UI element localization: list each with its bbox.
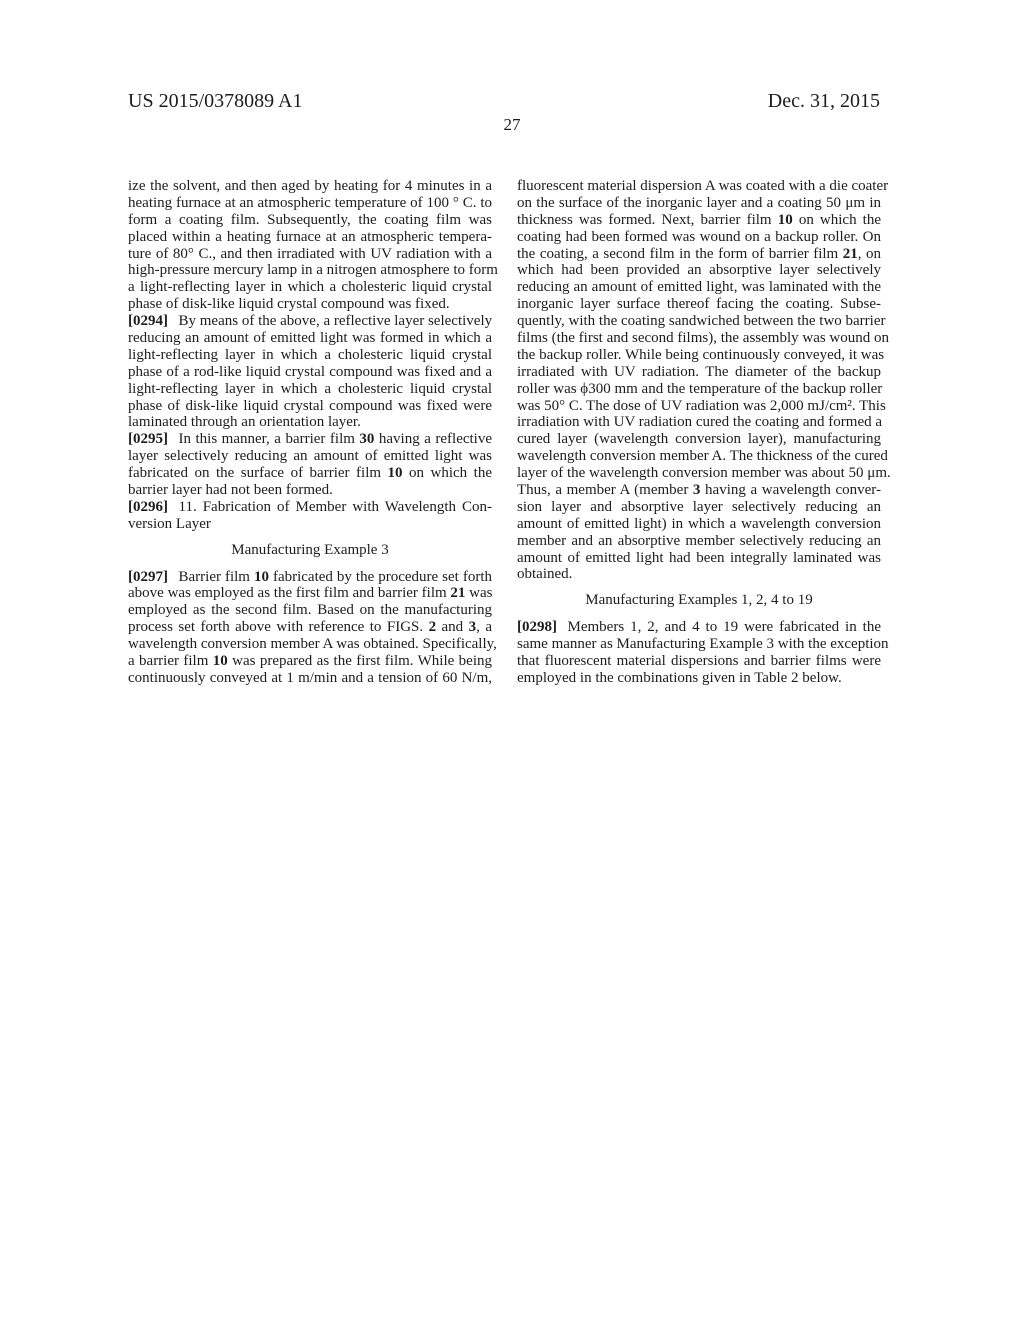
text-line: the backup roller. While being continuou… [517, 347, 881, 364]
text-line: phase of a rod-like liquid crystal compo… [128, 364, 492, 381]
text-line: sion layer and absorptive layer selectiv… [517, 499, 881, 516]
text-line: heating furnace at an atmospheric temper… [128, 195, 492, 212]
text-line: that fluorescent material dispersions an… [517, 653, 881, 670]
text-line: phase of disk-like liquid crystal compou… [128, 398, 492, 415]
patent-number: US 2015/0378089 A1 [128, 90, 302, 113]
patent-page: US 2015/0378089 A1 Dec. 31, 2015 27 ize … [0, 0, 1024, 1320]
text-line: wavelength conversion member A. The thic… [517, 448, 881, 465]
paragraph: [0295] In this manner, a barrier film 30… [128, 431, 492, 499]
text-line: was 50° C. The dose of UV radiation was … [517, 398, 881, 415]
text-line: ture of 80° C., and then irradiated with… [128, 246, 492, 263]
text-line: ize the solvent, and then aged by heatin… [128, 178, 492, 195]
text-line: placed within a heating furnace at an at… [128, 229, 492, 246]
page-number: 27 [0, 115, 1024, 135]
text-line: a barrier film 10 was prepared as the fi… [128, 653, 492, 670]
text-line: quently, with the coating sandwiched bet… [517, 313, 881, 330]
text-line: films (the first and second films), the … [517, 330, 881, 347]
text-line: Thus, a member A (member 3 having a wave… [517, 482, 881, 499]
text-line: above was employed as the first film and… [128, 585, 492, 602]
section-heading: Manufacturing Example 3 [128, 542, 492, 559]
text-line: irradiation with UV radiation cured the … [517, 414, 881, 431]
text-line: same manner as Manufacturing Example 3 w… [517, 636, 881, 653]
text-line: amount of emitted light had been integra… [517, 550, 881, 567]
text-line: layer selectively reducing an amount of … [128, 448, 492, 465]
text-line: high-pressure mercury lamp in a nitrogen… [128, 262, 492, 279]
text-line: fabricated on the surface of barrier fil… [128, 465, 492, 482]
text-line: light-reflecting layer in which a choles… [128, 347, 492, 364]
paragraph: [0294] By means of the above, a reflecti… [128, 313, 492, 431]
text-line: [0295] In this manner, a barrier film 30… [128, 431, 492, 448]
text-line: inorganic layer surface thereof facing t… [517, 296, 881, 313]
text-line: version Layer [128, 516, 492, 533]
text-line: [0298] Members 1, 2, and 4 to 19 were fa… [517, 619, 881, 636]
text-line: which had been provided an absorptive la… [517, 262, 881, 279]
text-line: light-reflecting layer in which a choles… [128, 381, 492, 398]
text-line: on the surface of the inorganic layer an… [517, 195, 881, 212]
paragraph: fluorescent material dispersion A was co… [517, 178, 881, 583]
text-line: reducing an amount of emitted light, was… [517, 279, 881, 296]
paragraph: ize the solvent, and then aged by heatin… [128, 178, 492, 313]
text-line: phase of disk-like liquid crystal compou… [128, 296, 492, 313]
text-line: fluorescent material dispersion A was co… [517, 178, 881, 195]
text-line: laminated through an orientation layer. [128, 414, 492, 431]
section-heading: Manufacturing Examples 1, 2, 4 to 19 [517, 592, 881, 609]
paragraph: [0298] Members 1, 2, and 4 to 19 were fa… [517, 619, 881, 687]
text-line: [0296] 11. Fabrication of Member with Wa… [128, 499, 492, 516]
text-line: layer of the wavelength conversion membe… [517, 465, 881, 482]
text-line: amount of emitted light) in which a wave… [517, 516, 881, 533]
text-columns: ize the solvent, and then aged by heatin… [128, 178, 881, 687]
text-line: irradiated with UV radiation. The diamet… [517, 364, 881, 381]
text-line: thickness was formed. Next, barrier film… [517, 212, 881, 229]
paragraph: [0296] 11. Fabrication of Member with Wa… [128, 499, 492, 533]
text-line: [0297] Barrier film 10 fabricated by the… [128, 569, 492, 586]
text-line: wavelength conversion member A was obtai… [128, 636, 492, 653]
text-line: form a coating film. Subsequently, the c… [128, 212, 492, 229]
text-line: obtained. [517, 566, 881, 583]
paragraph: [0297] Barrier film 10 fabricated by the… [128, 569, 492, 687]
text-line: cured layer (wavelength conversion layer… [517, 431, 881, 448]
text-line: member and an absorptive member selectiv… [517, 533, 881, 550]
text-line: reducing an amount of emitted light was … [128, 330, 492, 347]
text-line: employed in the combinations given in Ta… [517, 670, 881, 687]
text-line: the coating, a second film in the form o… [517, 246, 881, 263]
text-line: [0294] By means of the above, a reflecti… [128, 313, 492, 330]
publication-date: Dec. 31, 2015 [768, 90, 880, 113]
text-line: barrier layer had not been formed. [128, 482, 492, 499]
text-line: a light-reflecting layer in which a chol… [128, 279, 492, 296]
text-line: continuously conveyed at 1 m/min and a t… [128, 670, 492, 687]
text-line: process set forth above with reference t… [128, 619, 492, 636]
text-line: employed as the second film. Based on th… [128, 602, 492, 619]
text-line: coating had been formed was wound on a b… [517, 229, 881, 246]
right-column: fluorescent material dispersion A was co… [517, 178, 881, 687]
text-line: roller was ϕ300 mm and the temperature o… [517, 381, 881, 398]
left-column: ize the solvent, and then aged by heatin… [128, 178, 492, 687]
